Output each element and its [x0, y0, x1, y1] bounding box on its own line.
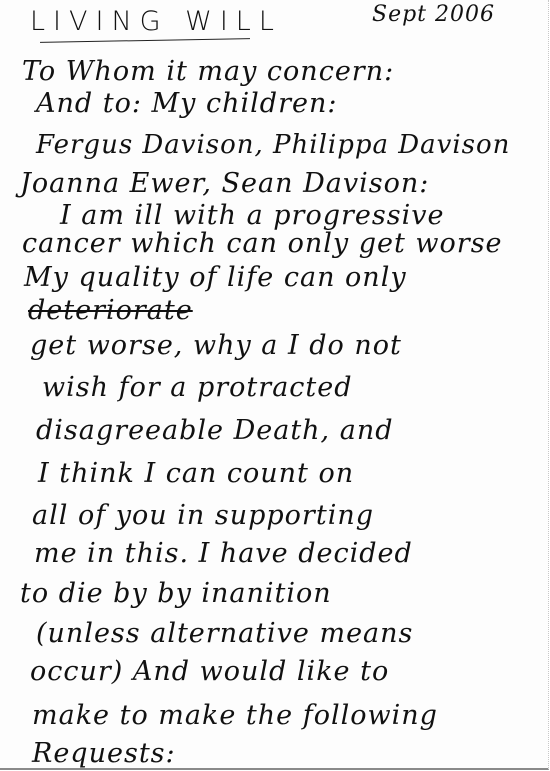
body-line: cancer which can only get worse [22, 228, 503, 259]
document-date: Sept 2006 [372, 2, 495, 27]
body-line: disagreeable Death, and [36, 415, 394, 446]
body-line: all of you in supporting [32, 500, 374, 531]
body-line: I think I can count on [38, 458, 354, 489]
body-line: occur) And would like to [30, 656, 389, 687]
title-underline [40, 38, 250, 43]
body-line: me in this. I have decided [34, 538, 413, 569]
document-title: LIVING WILL [30, 6, 282, 37]
body-line: (unless alternative means [36, 618, 413, 649]
struck-out-line: deteriorate [28, 295, 193, 326]
handwritten-page: LIVING WILL Sept 2006 To Whom it may con… [0, 0, 549, 770]
children-names-line-1: Fergus Davison, Philippa Davison [36, 130, 510, 160]
body-line: to die by by inanition [20, 578, 332, 609]
body-line: My quality of life can only [24, 262, 407, 293]
children-names-line-2: Joanna Ewer, Sean Davison: [20, 168, 429, 199]
body-line: I am ill with a progressive [60, 200, 444, 231]
body-line: get worse, why a I do not [30, 330, 402, 361]
salutation-line: To Whom it may concern: [22, 56, 394, 87]
addressee-line: And to: My children: [36, 88, 337, 119]
requests-heading: Requests: [32, 738, 176, 769]
body-line: wish for a protracted [42, 372, 353, 403]
body-line: make to make the following [32, 700, 438, 731]
